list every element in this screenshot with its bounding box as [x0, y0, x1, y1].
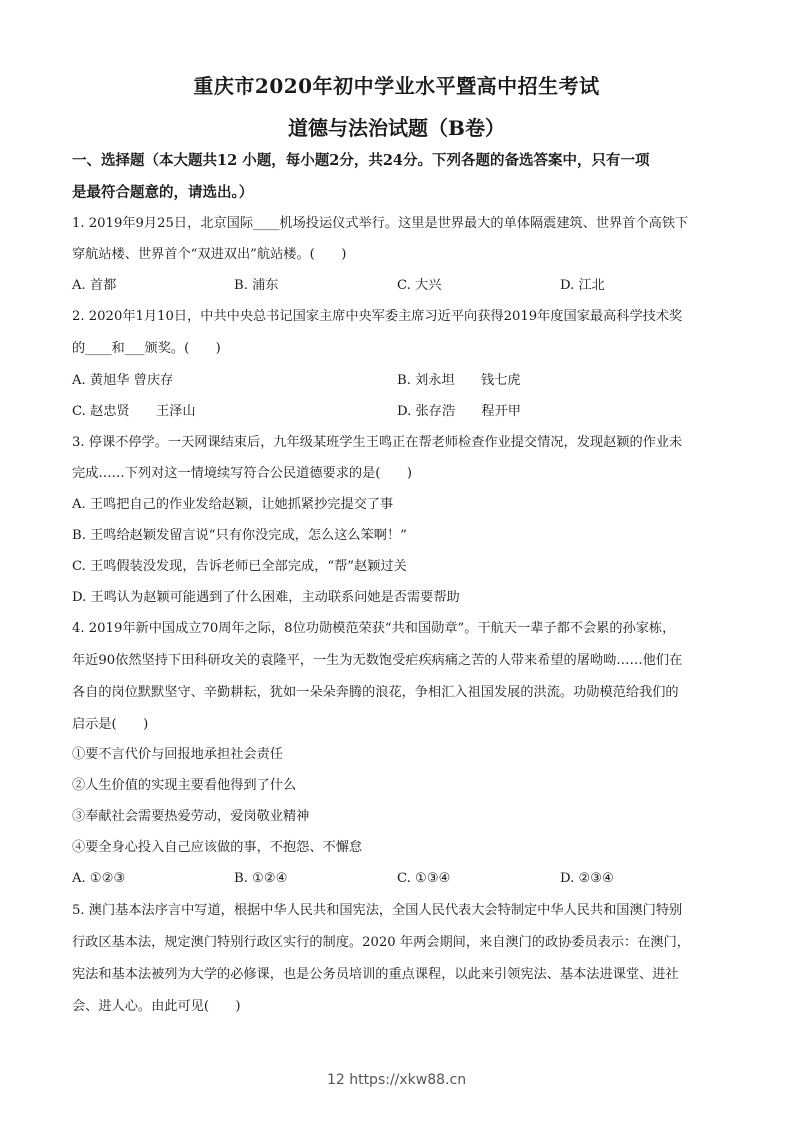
- q2-option-a: A. 黄旭华 曾庆存: [72, 372, 173, 390]
- q3-line1: 3. 停课不停学。一天网课结束后，九年级某班学生王鸣正在帮老师检查作业提交情况，…: [72, 434, 682, 452]
- q1-option-c: C. 大兴: [397, 277, 441, 295]
- q4-option-a: A. ①②③: [72, 870, 125, 888]
- q2-option-d: D. 张存浩 程开甲: [397, 403, 521, 421]
- q3-option-d: D. 王鸣认为赵颖可能遇到了什么困难，主动联系问她是否需要帮助: [72, 589, 460, 607]
- q4-option-d: D. ②③④: [560, 870, 614, 888]
- q1-option-b: B. 浦东: [234, 277, 278, 295]
- q1-line1: 1. 2019年9月25日，北京国际____机场投运仪式举行。这里是世界最大的单…: [72, 215, 688, 233]
- q5-line3: 宪法和基本法被列为大学的必修课，也是公务员培训的重点课程，以此来引领宪法、基本法…: [72, 966, 679, 984]
- q2-line2: 的____和___颁奖。( ): [72, 340, 221, 358]
- q4-statement-4: ④要全身心投入自己应该做的事，不抱怨、不懈怠: [72, 839, 362, 857]
- q1-option-a: A. 首都: [72, 277, 116, 295]
- q1-line2: 穿航站楼、世界首个“双进双出”航站楼。( ): [72, 246, 346, 264]
- q4-statement-2: ②人生价值的实现主要看他得到了什么: [72, 777, 296, 795]
- q3-option-a: A. 王鸣把自己的作业发给赵颖，让她抓紧抄完提交了事: [72, 496, 393, 514]
- q5-line1: 5. 澳门基本法序言中写道，根据中华人民共和国宪法，全国人民代表大会特制定中华人…: [72, 902, 682, 920]
- q4-line2: 年近90依然坚持下田科研攻关的袁隆平，一生为无数饱受疟疾病痛之苦的人带来希望的屠…: [72, 652, 682, 670]
- q4-statement-1: ①要不言代价与回报地承担社会责任: [72, 746, 283, 764]
- page-footer: 12 https://xkw88.cn: [0, 1072, 793, 1088]
- q3-line2: 完成……下列对这一情境续写符合公民道德要求的是( ): [72, 465, 412, 483]
- q4-line1: 4. 2019年新中国成立70周年之际，8位功勋模范荣获“共和国勋章”。干航天一…: [72, 620, 675, 638]
- q5-line2: 行政区基本法，规定澳门特别行政区实行的制度。2020 年两会期间，来自澳门的政协…: [72, 934, 690, 952]
- q4-option-c: C. ①③④: [397, 870, 450, 888]
- section-heading-line1: 一、选择题（本大题共12 小题，每小题2分，共24分。下列各题的备选答案中，只有…: [72, 152, 650, 170]
- q4-line4: 启示是( ): [72, 716, 148, 734]
- q1-option-d: D. 江北: [560, 277, 605, 295]
- exam-subtitle: 道德与法治试题（B卷）: [0, 112, 793, 141]
- section-heading-line2: 是最符合题意的，请选出。）: [72, 184, 253, 202]
- q4-option-b: B. ①②④: [234, 870, 288, 888]
- q2-option-b: B. 刘永坦 钱七虎: [397, 372, 521, 390]
- q2-line1: 2. 2020年1月10日，中共中央总书记国家主席中央军委主席习近平向获得201…: [72, 308, 682, 326]
- q3-option-b: B. 王鸣给赵颖发留言说“只有你没完成，怎么这么笨啊！”: [72, 527, 407, 545]
- q5-line4: 会、进人心。由此可见( ): [72, 998, 241, 1016]
- q4-statement-3: ③奉献社会需要热爱劳动，爱岗敬业精神: [72, 808, 309, 826]
- exam-title: 重庆市2020年初中学业水平暨高中招生考试: [0, 70, 793, 99]
- q4-line3: 各自的岗位默默坚守、辛勤耕耘，犹如一朵朵奔腾的浪花，争相汇入祖国发展的洪流。功勋…: [72, 684, 679, 702]
- exam-page: 重庆市2020年初中学业水平暨高中招生考试 道德与法治试题（B卷） 一、选择题（…: [0, 0, 793, 1122]
- q3-option-c: C. 王鸣假装没发现，告诉老师已全部完成，“帮”赵颖过关: [72, 558, 407, 576]
- q2-option-c: C. 赵忠贤 王泽山: [72, 403, 196, 421]
